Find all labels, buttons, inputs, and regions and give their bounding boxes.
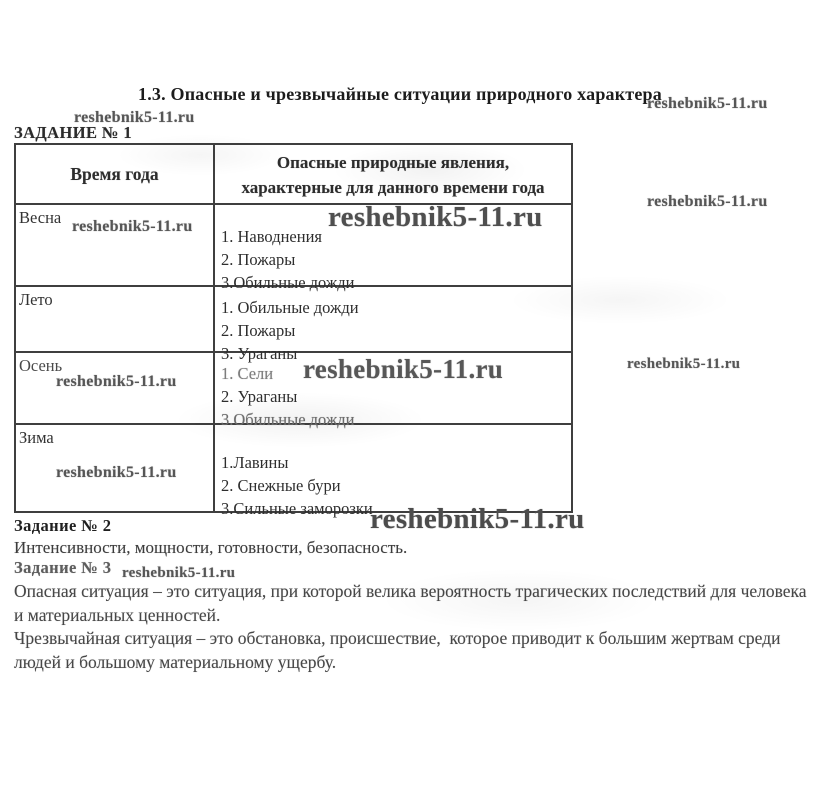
list-item: 2. Пожары <box>221 319 571 342</box>
season-label: Зима <box>19 428 54 447</box>
list-item: 2. Снежные бури <box>221 474 571 497</box>
items-cell-leto: 1. Обильные дожди 2. Пожары 3. Ураганы <box>215 287 571 353</box>
list-item: 2. Ураганы <box>221 385 571 408</box>
season-label: Весна <box>19 208 61 227</box>
task2-answer: Интенсивности, мощности, готовности, без… <box>14 538 407 558</box>
watermark-logo: reshebnik5-11.ru <box>647 95 768 113</box>
watermark-logo: reshebnik5-11.ru <box>328 201 543 234</box>
task3-heading: Задание № 3 <box>14 558 111 578</box>
season-label: Лето <box>19 290 53 309</box>
items-cell-zima: 1.Лавины 2. Снежные бури 3.Сильные замор… <box>215 425 571 511</box>
table-header-phenomena-line2: характерные для данного времени года <box>241 175 544 200</box>
document-page: 1.3. Опасные и чрезвычайные ситуации при… <box>0 0 823 797</box>
watermark-logo: reshebnik5-11.ru <box>647 193 768 211</box>
list-item: 1. Обильные дожди <box>221 296 571 319</box>
table-header-season: Время года <box>16 145 215 205</box>
seasons-phenomena-table: Время года Опасные природные явления, ха… <box>14 143 573 513</box>
table-header-season-label: Время года <box>70 164 158 185</box>
season-cell-leto: Лето <box>16 287 215 353</box>
watermark-logo: reshebnik5-11.ru <box>56 373 177 391</box>
table-header-phenomena: Опасные природные явления, характерные д… <box>215 145 571 205</box>
task2-heading: Задание № 2 <box>14 516 111 536</box>
watermark-logo: reshebnik5-11.ru <box>627 356 740 373</box>
watermark-logo: reshebnik5-11.ru <box>56 464 177 482</box>
list-item: 2. Пожары <box>221 248 571 271</box>
list-item: 1.Лавины <box>221 451 571 474</box>
task3-paragraph-dangerous-situation: Опасная ситуация – это ситуация, при кот… <box>14 580 816 627</box>
table-header-phenomena-line1: Опасные природные явления, <box>277 150 509 175</box>
task1-heading: ЗАДАНИЕ № 1 <box>14 123 132 143</box>
watermark-logo: reshebnik5-11.ru <box>370 503 585 536</box>
watermark-logo: reshebnik5-11.ru <box>303 354 503 385</box>
task3-paragraph-emergency-situation: Чрезвычайная ситуация – это обстановка, … <box>14 627 816 674</box>
watermark-logo: reshebnik5-11.ru <box>72 218 193 236</box>
